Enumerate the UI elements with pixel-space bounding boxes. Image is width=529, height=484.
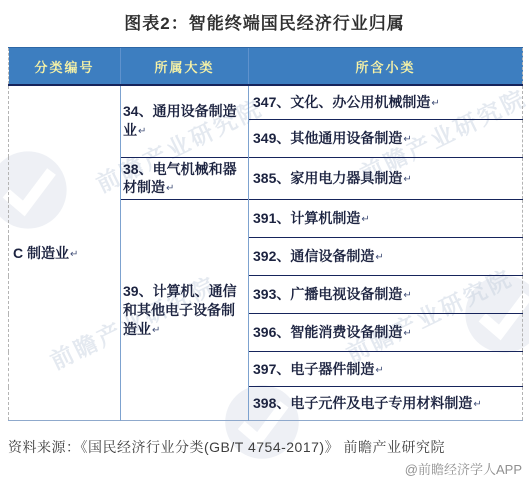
- return-mark: ↵: [403, 290, 411, 301]
- return-mark: ↵: [375, 365, 383, 376]
- cell-sub-393: 393、广播电视设备制造↵: [249, 276, 523, 314]
- return-mark: ↵: [152, 325, 160, 336]
- return-mark: ↵: [473, 399, 481, 410]
- figure-page: 图表2：智能终端国民经济行业归属 前瞻产业研究院 前瞻产业研究院 前瞻产业研究院…: [0, 0, 529, 484]
- source-note: 资料来源：《国民经济行业分类(GB/T 4754-2017)》 前瞻产业研究院: [8, 437, 445, 457]
- industry-table: 分类编号 所属大类 所含小类 C 制造业↵ 34、通用设备制造业↵ 347、文化…: [8, 47, 523, 421]
- cell-sub-396: 396、智能消费设备制造↵: [249, 314, 523, 352]
- cell-major-39: 39、计算机、通信和其他电子设备制造业↵: [121, 200, 249, 421]
- return-mark: ↵: [403, 174, 411, 185]
- return-mark: ↵: [375, 252, 383, 263]
- cell-major-38: 38、电气机械和器材制造↵: [121, 157, 249, 200]
- return-mark: ↵: [166, 183, 174, 194]
- cell-sub-391: 391、计算机制造↵: [249, 200, 523, 238]
- app-credit: @前瞻经济学人APP: [405, 459, 522, 478]
- col-header-code: 分类编号: [9, 48, 121, 86]
- figure-title: 图表2：智能终端国民经济行业归属: [0, 9, 529, 34]
- return-mark: ↵: [361, 214, 369, 225]
- return-mark: ↵: [138, 126, 146, 137]
- col-header-minor: 所含小类: [249, 48, 523, 86]
- return-mark: ↵: [431, 98, 439, 109]
- table-row: C 制造业↵ 34、通用设备制造业↵ 347、文化、办公用机械制造↵: [9, 85, 523, 119]
- cell-major-34: 34、通用设备制造业↵: [121, 85, 249, 157]
- return-mark: ↵: [403, 328, 411, 339]
- cell-sub-397: 397、电子器件制造↵: [249, 352, 523, 387]
- cell-sub-392: 392、通信设备制造↵: [249, 238, 523, 276]
- cell-category-c: C 制造业↵: [9, 85, 121, 421]
- return-mark: ↵: [70, 249, 78, 260]
- cell-sub-385: 385、家用电力器具制造↵: [249, 157, 523, 200]
- cell-sub-349: 349、其他通用设备制造↵: [249, 119, 523, 157]
- cell-sub-347: 347、文化、办公用机械制造↵: [249, 85, 523, 119]
- cell-sub-398: 398、电子元件及电子专用材料制造↵: [249, 387, 523, 421]
- return-mark: ↵: [403, 134, 411, 145]
- table-header-row: 分类编号 所属大类 所含小类: [9, 48, 523, 86]
- col-header-major: 所属大类: [121, 48, 249, 86]
